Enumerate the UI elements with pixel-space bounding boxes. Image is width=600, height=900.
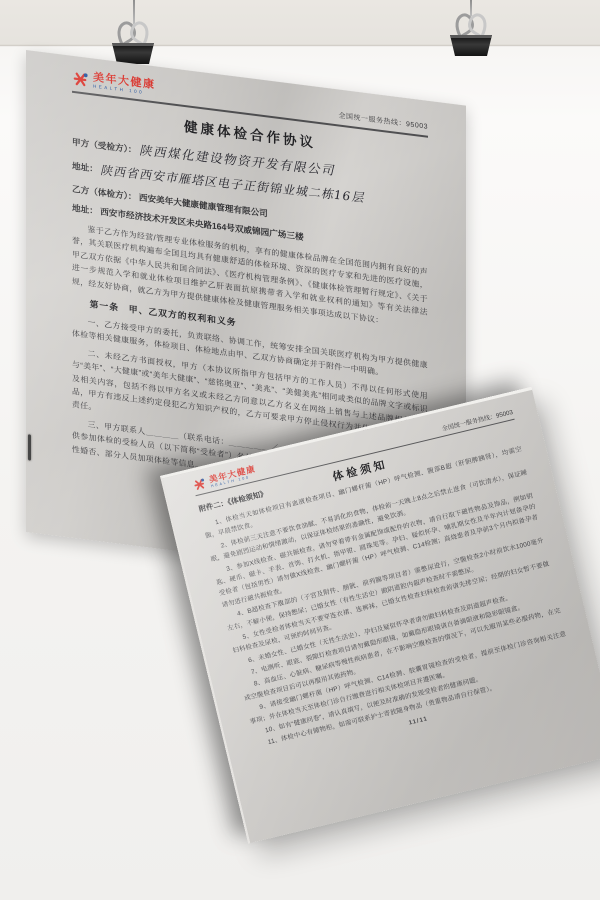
party-b-address-label: 地址： [72, 203, 98, 216]
binder-clip-icon [104, 12, 162, 66]
service-hotline: 全国统一服务热线：95003 [339, 110, 428, 131]
party-b-label: 乙方（体检方）： [72, 184, 136, 202]
meinian-logo: 美年大健康 HEALTH 100 [72, 70, 156, 98]
wall-divider [0, 45, 600, 46]
party-a-label: 甲方（受检方）： [72, 137, 136, 155]
staple [28, 434, 31, 460]
photo-scene: 美年大健康 HEALTH 100 全国统一服务热线：95003 健康体检合作协议… [0, 0, 600, 900]
logo-mark-icon [72, 70, 89, 89]
logo-mark-icon [192, 477, 208, 493]
party-a-address-label: 地址： [72, 161, 98, 174]
preamble-paragraph: 鉴于乙方作为经营/管理专业体检服务的机构，享有的健康体检品牌在全国范围内拥有良好… [72, 221, 428, 333]
binder-clip-icon [442, 4, 500, 58]
